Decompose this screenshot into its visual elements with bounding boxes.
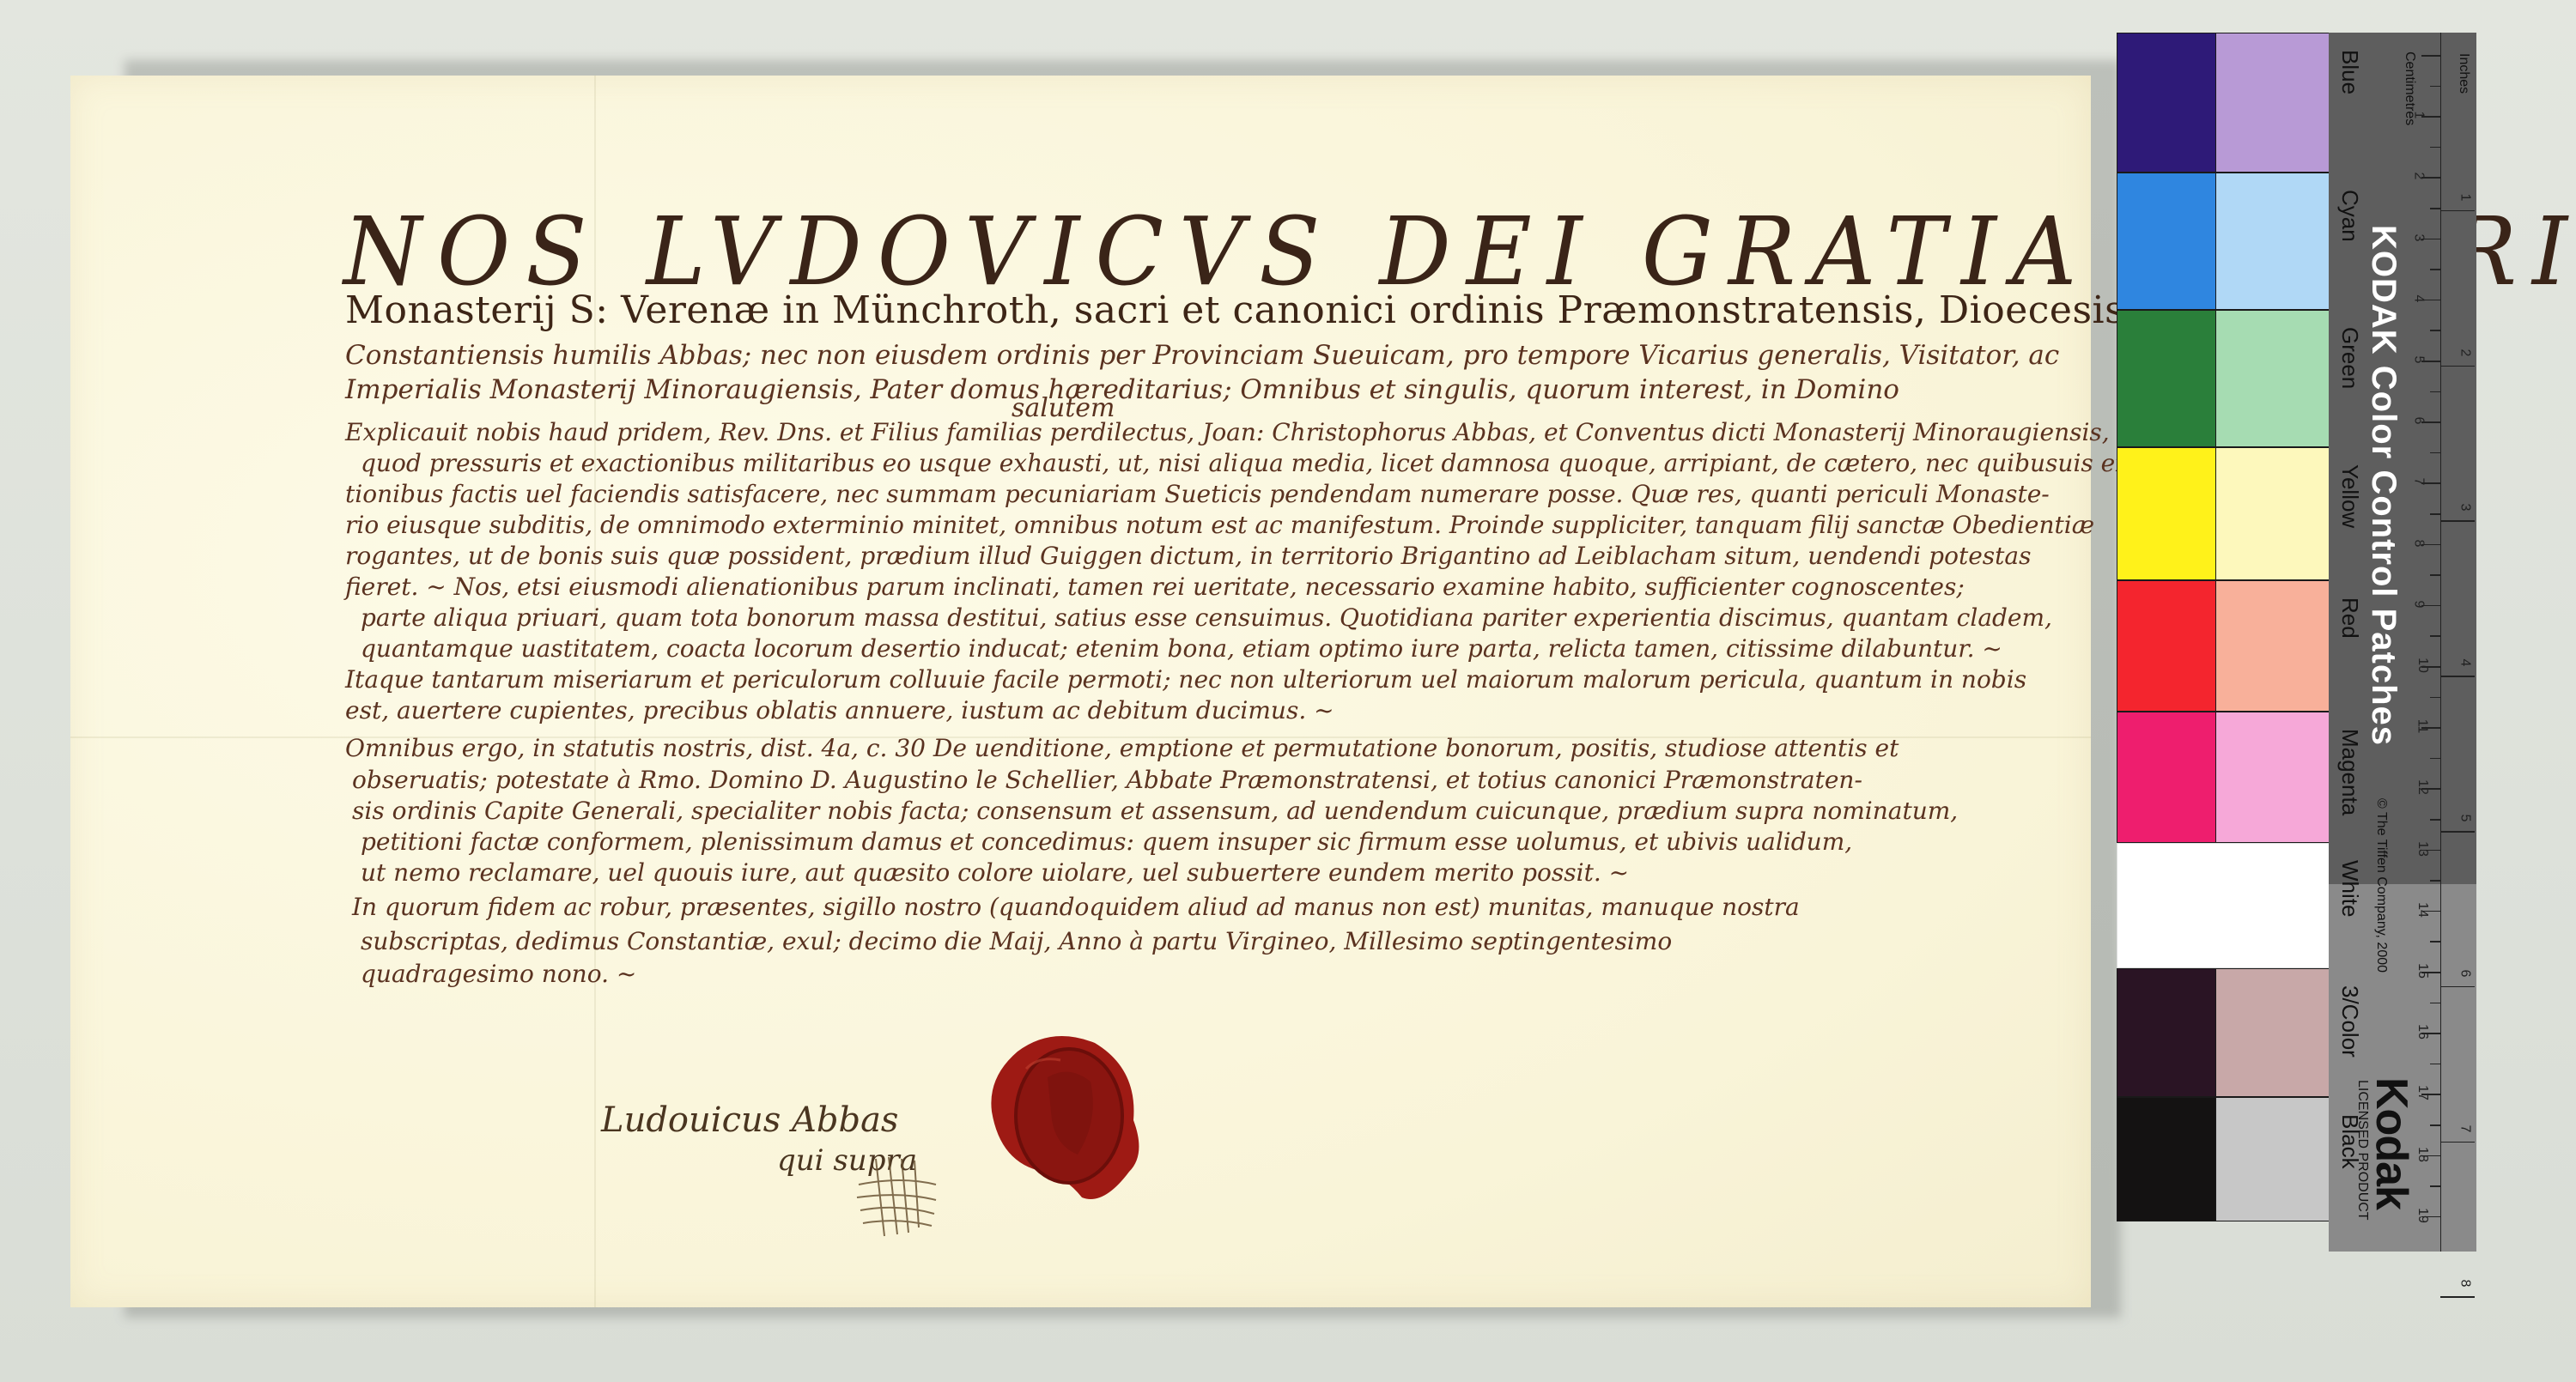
ruler-tick — [2430, 1064, 2440, 1065]
patch-green-light — [2215, 310, 2330, 447]
ruler-tick — [2430, 452, 2440, 454]
patch-label: Green — [2336, 327, 2363, 389]
body-line: In quorum fidem ac robur, præsentes, sig… — [352, 893, 1800, 921]
ruler-cm-number: 6 — [2410, 417, 2426, 425]
ruler-tick — [2430, 1003, 2440, 1004]
patch-3-color-dark — [2117, 968, 2216, 1097]
ruler-tick — [2430, 269, 2440, 270]
body-line: est, auertere cupientes, precibus oblati… — [345, 696, 1334, 724]
ruler-tick — [2430, 208, 2440, 209]
ruler-cm-number: 14 — [2415, 902, 2430, 918]
wax-seal-icon — [975, 1026, 1146, 1206]
patch-label: White — [2336, 860, 2363, 917]
ruler-centimetres-label: Centimetres — [2402, 52, 2417, 125]
ruler-inch-number: 1 — [2457, 193, 2472, 201]
ruler-inch-tick — [2440, 676, 2475, 677]
ruler-inch-tick — [2440, 986, 2475, 988]
signature-name: Ludouicus Abbas — [601, 1100, 898, 1140]
ruler-cm-number: 3 — [2410, 233, 2426, 241]
ruler-inch-number: 2 — [2457, 349, 2472, 356]
body-line: sis ordinis Capite Generali, specialiter… — [352, 797, 1958, 825]
patch-label: Red — [2336, 597, 2363, 639]
body-line: rio eiusque subditis, de omnimodo exterm… — [345, 511, 2094, 539]
patch-cyan-dark — [2117, 173, 2216, 310]
chart-copyright: © The Tiffen Company, 2000 — [2373, 798, 2389, 973]
patch-3-color-light — [2215, 968, 2330, 1097]
ruler-inch-number: 7 — [2457, 1124, 2472, 1132]
body-line: quadragesimo nono. ~ — [361, 960, 636, 988]
ruler-tick — [2430, 574, 2440, 576]
patch-red-dark — [2117, 580, 2216, 712]
body-line: rogantes, ut de bonis suis quæ possident… — [345, 542, 2031, 570]
ruler-tick — [2430, 880, 2440, 882]
ruler-tick — [2430, 635, 2440, 637]
ruler-tick — [2430, 758, 2440, 760]
patch-blue-dark — [2117, 33, 2216, 173]
patch-label: Yellow — [2336, 464, 2363, 528]
intro-line-1: Monasterij S: Verenæ in Münchroth, sacri… — [345, 288, 2124, 332]
patch-blue-light — [2215, 33, 2330, 173]
ruler-cm-number: 13 — [2415, 841, 2430, 857]
patch-black-light — [2215, 1097, 2330, 1221]
ruler-tick — [2430, 1185, 2440, 1187]
patch-label: Black — [2336, 1114, 2363, 1169]
ruler-cm-number: 10 — [2415, 658, 2430, 673]
ruler — [2440, 33, 2477, 1252]
ruler-cm-number: 7 — [2410, 478, 2426, 486]
ruler-cm-number: 4 — [2410, 294, 2426, 302]
body-line: tionibus factis uel faciendis satisfacer… — [345, 480, 2050, 508]
body-line: parte aliqua priuari, quam tota bonorum … — [361, 603, 2052, 632]
patch-yellow-dark — [2117, 447, 2216, 580]
patch-green-dark — [2117, 310, 2216, 447]
body-line: obseruatis; potestate à Rmo. Domino D. A… — [352, 766, 1862, 794]
ruler-tick — [2430, 147, 2440, 149]
ruler-inch-number: 5 — [2457, 815, 2472, 822]
ruler-tick — [2430, 391, 2440, 393]
patch-magenta-light — [2215, 712, 2330, 843]
ruler-tick — [2430, 330, 2440, 331]
ruler-inch-number: 8 — [2457, 1280, 2472, 1288]
body-line: subscriptas, dedimus Constantiæ, exul; d… — [361, 927, 1672, 955]
ruler-inch-tick — [2440, 366, 2475, 367]
body-line: petitioni factæ conformem, plenissimum d… — [361, 827, 1852, 856]
ruler-cm-number: 16 — [2415, 1024, 2430, 1040]
body-line: quod pressuris et exactionibus militarib… — [361, 449, 2165, 477]
ruler-cm-number: 2 — [2410, 173, 2426, 180]
body-line: quantamque uastitatem, coacta locorum de… — [361, 634, 2002, 663]
ruler-tick — [2430, 819, 2440, 821]
patch-black-dark — [2117, 1097, 2216, 1221]
chart-title: KODAK Color Control Patches — [2364, 225, 2403, 746]
ruler-inch-number: 3 — [2457, 504, 2472, 512]
body-line: Itaque tantarum miseriarum et periculoru… — [345, 665, 2026, 694]
ruler-inch-tick — [2440, 210, 2475, 212]
patch-label: Blue — [2336, 50, 2363, 94]
patch-label: 3/Color — [2336, 985, 2363, 1058]
ruler-inch-tick — [2440, 1296, 2475, 1298]
ruler-cm-number: 8 — [2410, 539, 2426, 547]
ruler-inch-number: 6 — [2457, 969, 2472, 977]
ruler-cm-number: 15 — [2415, 963, 2430, 979]
patch-cyan-light — [2215, 173, 2330, 310]
ruler-tick — [2430, 86, 2440, 88]
ruler-inch-tick — [2440, 520, 2475, 522]
ruler-cm-number: 12 — [2415, 779, 2430, 795]
body-line: ut nemo reclamare, uel quouis iure, aut … — [361, 858, 1629, 887]
patch-magenta-dark — [2117, 712, 2216, 843]
body-line: Explicauit nobis haud pridem, Rev. Dns. … — [345, 418, 2110, 446]
ruler-tick — [2430, 941, 2440, 943]
intro-line-2: Constantiensis humilis Abbas; nec non ei… — [345, 340, 2059, 371]
signature-flourish-icon — [850, 1150, 945, 1245]
ruler-inch-number: 4 — [2457, 659, 2472, 667]
ruler-tick — [2430, 697, 2440, 699]
ruler-cm-number: 11 — [2414, 719, 2429, 734]
ruler-cm-number: 19 — [2415, 1208, 2430, 1223]
body-line: Omnibus ergo, in statutis nostris, dist.… — [345, 734, 1899, 762]
ruler-cm-number: 5 — [2410, 356, 2426, 364]
ruler-tick — [2430, 1124, 2440, 1126]
patch-red-light — [2215, 580, 2330, 712]
patch-white — [2117, 843, 2330, 968]
ruler-inch-tick — [2440, 831, 2475, 833]
ruler-tick — [2421, 55, 2440, 57]
ruler-tick — [2430, 513, 2440, 515]
ruler-inches-label: Inches — [2456, 53, 2471, 94]
patch-label: Cyan — [2336, 190, 2363, 242]
ruler-inch-tick — [2440, 1142, 2475, 1143]
patch-label: Magenta — [2336, 729, 2363, 815]
patch-yellow-light — [2215, 447, 2330, 580]
intro-line-3: Imperialis Monasterij Minoraugiensis, Pa… — [345, 374, 1899, 405]
ruler-cm-number: 9 — [2410, 600, 2426, 608]
kodak-logo: Kodak — [2366, 1077, 2417, 1209]
body-line: fieret. ~ Nos, etsi eiusmodi alienationi… — [345, 573, 1965, 601]
